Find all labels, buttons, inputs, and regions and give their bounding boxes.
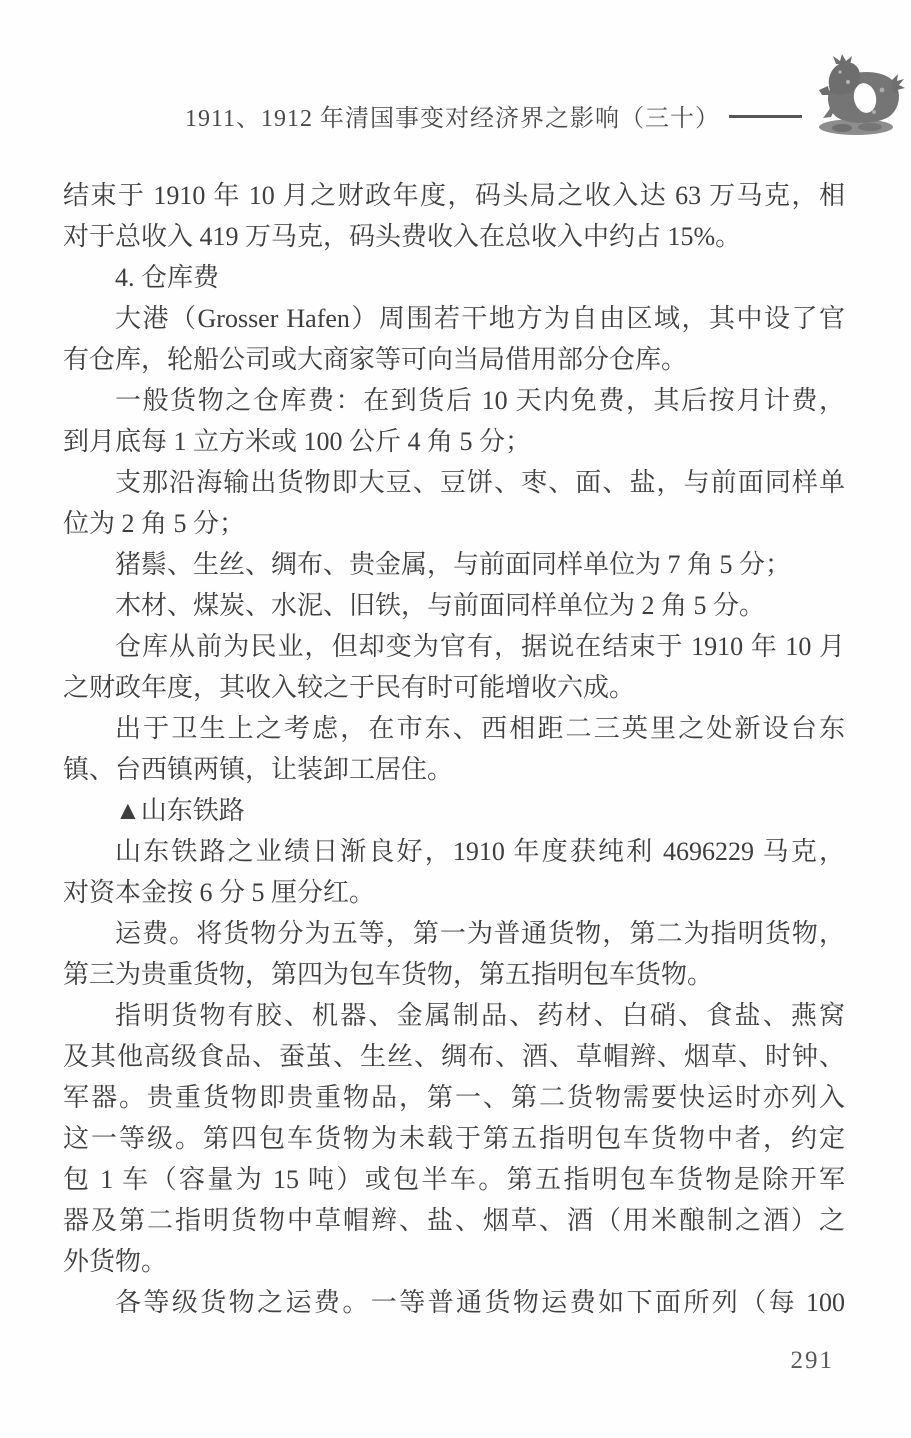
text-line: 对于总收入 419 万马克，码头费收入在总收入中约占 15%。 bbox=[63, 216, 845, 257]
text-line: 各等级货物之运费。一等普通货物运费如下面所列（每 100 bbox=[63, 1282, 845, 1323]
text-line: 镇、台西镇两镇，让装卸工居住。 bbox=[63, 749, 845, 790]
text-line: 一般货物之仓库费：在到货后 10 天内免费，其后按月计费， bbox=[63, 380, 845, 421]
page-header-title: 1911、1912 年清国事变对经济界之影响（三十） bbox=[120, 100, 785, 138]
text-line: 对资本金按 6 分 5 厘分红。 bbox=[63, 872, 845, 913]
text-line: 大港（Grosser Hafen）周围若干地方为自由区域，其中设了官 bbox=[63, 298, 845, 339]
text-line: 有仓库，轮船公司或大商家等可向当局借用部分仓库。 bbox=[63, 339, 845, 380]
text-line: 包 1 车（容量为 15 吨）或包半车。第五指明包车货物是除开军 bbox=[63, 1159, 845, 1200]
text-line: 及其他高级食品、蚕茧、生丝、绸布、酒、草帽辫、烟草、时钟、 bbox=[63, 1036, 845, 1077]
document-page: 1911、1912 年清国事变对经济界之影响（三十） bbox=[0, 0, 911, 1438]
text-line: 到月底每 1 立方米或 100 公斤 4 角 5 分； bbox=[63, 421, 845, 462]
text-line: 这一等级。第四包车货物为未载于第五指明包车货物中者，约定 bbox=[63, 1118, 845, 1159]
text-line: 猪鬃、生丝、绸布、贵金属，与前面同样单位为 7 角 5 分； bbox=[63, 544, 845, 585]
text-line: 山东铁路之业绩日渐良好，1910 年度获纯利 4696229 马克， bbox=[63, 831, 845, 872]
text-line: 支那沿海输出货物即大豆、豆饼、枣、面、盐，与前面同样单 bbox=[63, 462, 845, 503]
body-text: 结束于 1910 年 10 月之财政年度，码头局之收入达 63 万马克，相 对于… bbox=[63, 175, 845, 1323]
dragon-stamp-icon bbox=[802, 52, 906, 138]
text-line: 之财政年度，其收入较之于民有时可能增收六成。 bbox=[63, 667, 845, 708]
page-number: 291 bbox=[791, 1347, 835, 1375]
text-line: 运费。将货物分为五等，第一为普通货物，第二为指明货物， bbox=[63, 913, 845, 954]
text-line: 结束于 1910 年 10 月之财政年度，码头局之收入达 63 万马克，相 bbox=[63, 175, 845, 216]
text-line: 外货物。 bbox=[63, 1241, 845, 1282]
text-line: 指明货物有胶、机器、金属制品、药材、白硝、食盐、燕窝 bbox=[63, 995, 845, 1036]
text-line: 器及第二指明货物中草帽辫、盐、烟草、酒（用米酿制之酒）之 bbox=[63, 1200, 845, 1241]
text-line: 出于卫生上之考虑，在市东、西相距二三英里之处新设台东 bbox=[63, 708, 845, 749]
section-heading: 4. 仓库费 bbox=[63, 257, 845, 298]
section-heading: ▲山东铁路 bbox=[63, 790, 845, 831]
text-line: 木材、煤炭、水泥、旧铁，与前面同样单位为 2 角 5 分。 bbox=[63, 585, 845, 626]
text-line: 第三为贵重货物，第四为包车货物，第五指明包车货物。 bbox=[63, 954, 845, 995]
text-line: 军器。贵重货物即贵重物品，第一、第二货物需要快运时亦列入 bbox=[63, 1077, 845, 1118]
text-line: 仓库从前为民业，但却变为官有，据说在结束于 1910 年 10 月 bbox=[63, 626, 845, 667]
text-line: 位为 2 角 5 分； bbox=[63, 503, 845, 544]
header-rule bbox=[729, 115, 802, 118]
